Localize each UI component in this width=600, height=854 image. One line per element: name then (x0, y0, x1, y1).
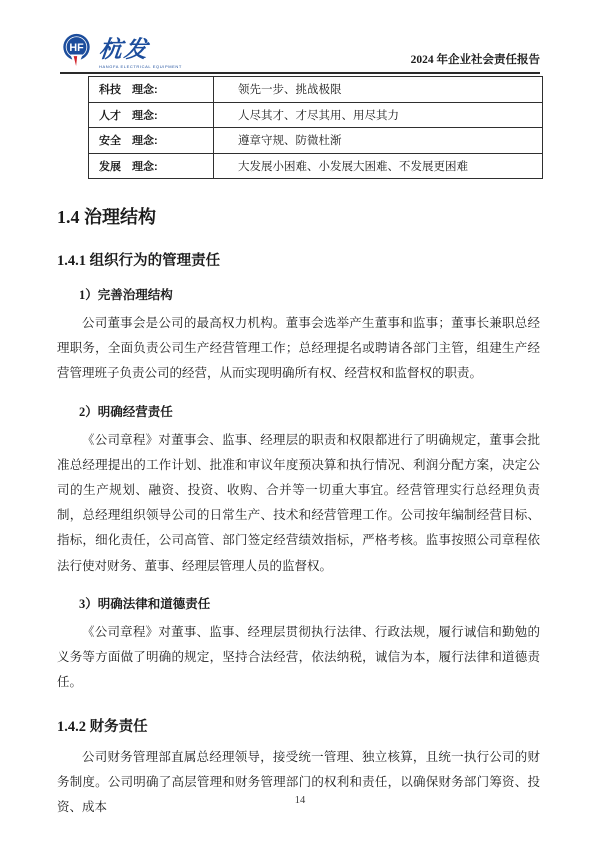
section-heading-1-4-2: 1.4.2 财务责任 (57, 719, 540, 736)
page-number: 14 (0, 795, 600, 806)
section-heading-1-4: 1.4 治理结构 (57, 207, 540, 229)
concept-label: 发展 理念: (89, 153, 214, 179)
table-row: 安全 理念: 遵章守规、防微杜渐 (89, 128, 543, 154)
logo-brand-name: 杭发 (98, 37, 184, 62)
concept-value: 大发展小困难、小发展大困难、不发展更困难 (214, 153, 543, 179)
subitem-heading-2: 2）明确经营责任 (79, 405, 540, 420)
page-header: HF 杭发 HANGFA ELECTRICAL EQUIPMENT 2024 年… (60, 0, 540, 74)
report-page: HF 杭发 HANGFA ELECTRICAL EQUIPMENT 2024 年… (0, 0, 600, 854)
table-row: 发展 理念: 大发展小困难、小发展大困难、不发展更困难 (89, 153, 543, 179)
paragraph-legal-ethics: 《公司章程》对董事、监事、经理层贯彻执行法律、行政法规，履行诚信和勤勉的义务等方… (57, 620, 540, 696)
table-row: 人才 理念: 人尽其才、才尽其用、用尽其力 (89, 102, 543, 128)
concept-label: 安全 理念: (89, 128, 214, 154)
concept-value: 遵章守规、防微杜渐 (214, 128, 543, 154)
concepts-table: 科技 理念: 领先一步、挑战极限 人才 理念: 人尽其才、才尽其用、用尽其力 安… (88, 76, 543, 179)
concept-label: 人才 理念: (89, 102, 214, 128)
section-heading-1-4-1: 1.4.1 组织行为的管理责任 (57, 253, 540, 270)
logo-text-block: 杭发 HANGFA ELECTRICAL EQUIPMENT (99, 33, 182, 69)
paragraph-operating-responsibility: 《公司章程》对董事会、监事、经理层的职责和权限都进行了明确规定，董事会批准总经理… (57, 428, 540, 579)
logo-monogram: HF (69, 42, 84, 54)
table-row: 科技 理念: 领先一步、挑战极限 (89, 77, 543, 103)
paragraph-governance-structure: 公司董事会是公司的最高权力机构。董事会选举产生董事和监事；董事长兼职总经理职务，… (57, 311, 540, 387)
logo-subtext: HANGFA ELECTRICAL EQUIPMENT (99, 64, 182, 69)
company-logo: HF 杭发 HANGFA ELECTRICAL EQUIPMENT (60, 33, 182, 71)
hf-emblem-icon: HF (60, 33, 93, 71)
concept-value: 领先一步、挑战极限 (214, 77, 543, 103)
paragraph-financial-responsibility: 公司财务管理部直属总经理领导，接受统一管理、独立核算，且统一执行公司的财务制度。… (57, 745, 540, 821)
concept-label: 科技 理念: (89, 77, 214, 103)
document-body: 1.4 治理结构 1.4.1 组织行为的管理责任 1）完善治理结构 公司董事会是… (57, 207, 540, 820)
subitem-heading-3: 3）明确法律和道德责任 (79, 597, 540, 612)
report-title: 2024 年企业社会责任报告 (411, 51, 540, 67)
concept-value: 人尽其才、才尽其用、用尽其力 (214, 102, 543, 128)
subitem-heading-1: 1）完善治理结构 (79, 288, 540, 303)
